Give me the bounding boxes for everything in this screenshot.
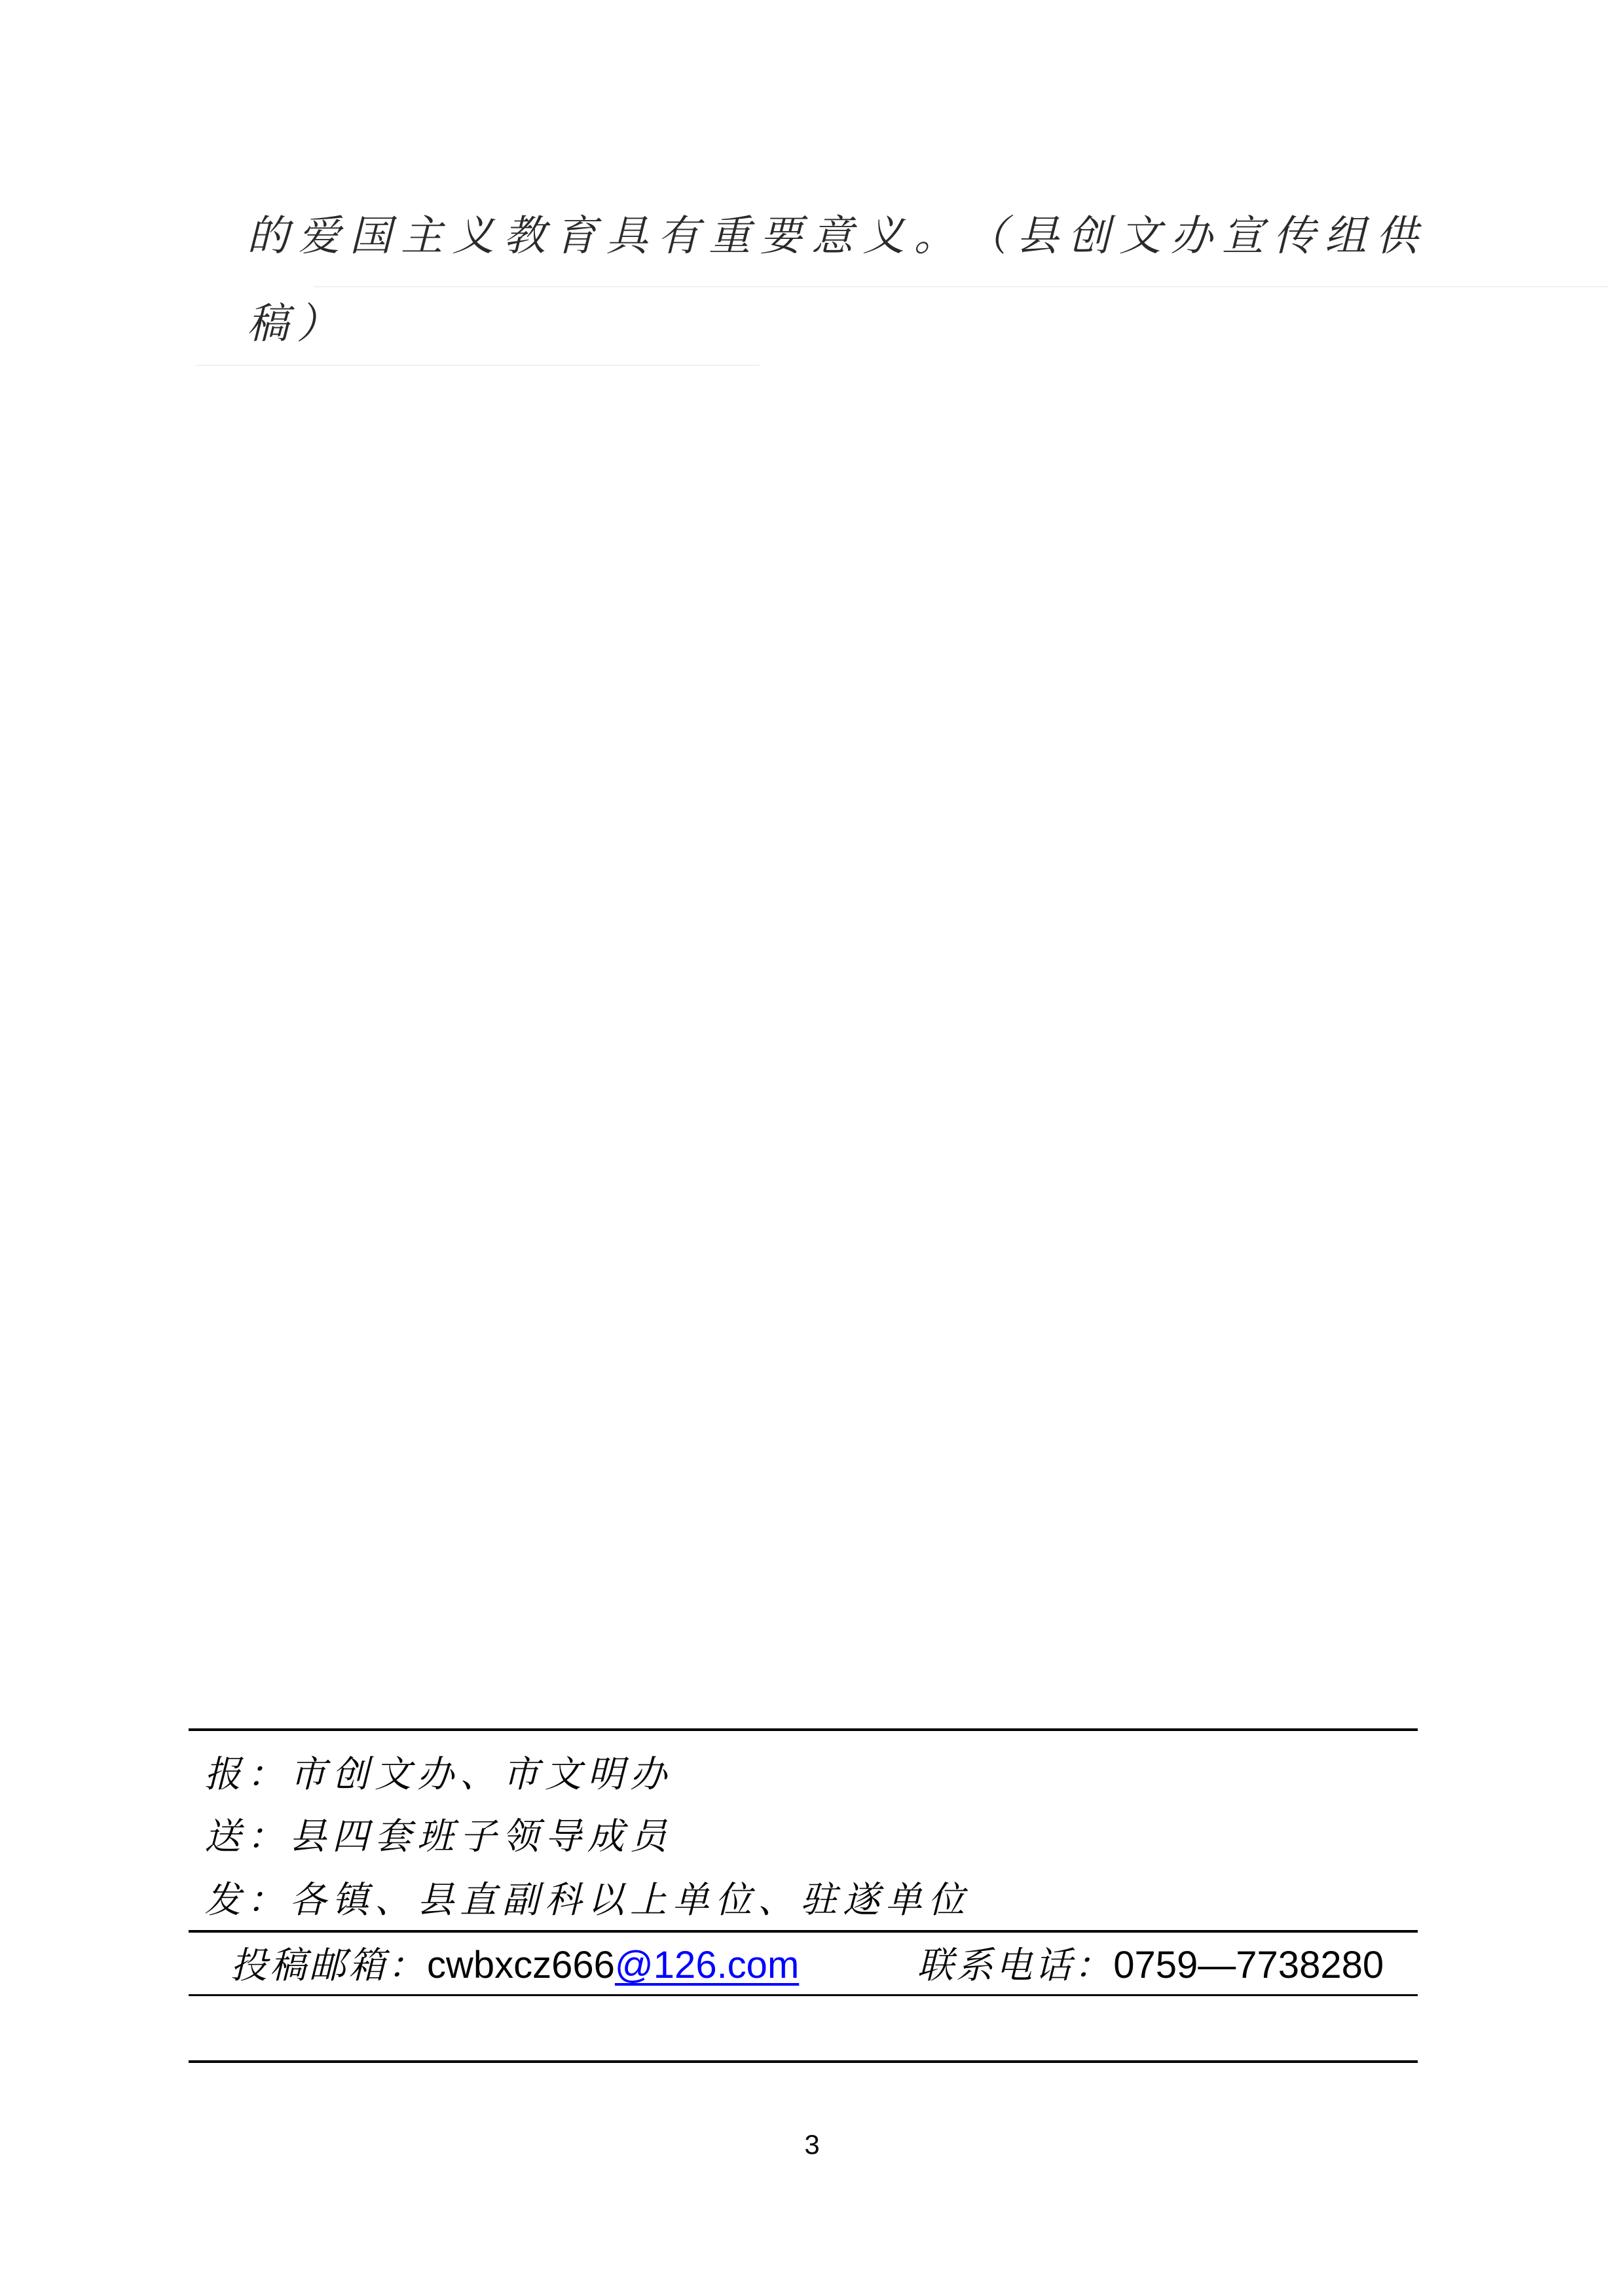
body-char: 的 xyxy=(247,215,289,258)
body-char: 宣 xyxy=(1222,215,1264,258)
body-char: 主 xyxy=(401,215,443,258)
body-char: （ xyxy=(965,215,1007,258)
footer-contact-row: 投稿邮箱： cwbxcz666 @126.com 联系电话： 0759—7738… xyxy=(231,1944,1384,1987)
footer-rule-top xyxy=(189,1728,1418,1731)
scan-artifact-line xyxy=(196,365,760,366)
body-char: 有 xyxy=(657,215,699,258)
submission-email-user: cwbxcz666 xyxy=(427,1944,615,1986)
body-char: 意 xyxy=(811,215,853,258)
footer-report-line: 报：市创文办、市文明办 xyxy=(204,1755,673,1795)
contact-phone-label: 联系电话： xyxy=(917,1945,1113,1987)
footer-issue-line: 发：各镇、县直副科以上单位、驻遂单位 xyxy=(204,1880,970,1921)
body-char: 创 xyxy=(1068,215,1110,258)
body-char: 教 xyxy=(504,215,545,258)
scan-artifact-line xyxy=(314,286,1608,287)
footer-rule-contact-bottom xyxy=(189,1994,1418,1996)
body-char: 办 xyxy=(1170,215,1212,258)
body-char: 。 xyxy=(914,215,956,258)
document-page: 的爱国主义教育具有重要意义。（县创文办宣传组供 稿） 报：市创文办、市文明办 送… xyxy=(0,0,1624,2296)
body-paragraph-line-1: 的爱国主义教育具有重要意义。（县创文办宣传组供 xyxy=(247,215,1418,261)
body-char: 供 xyxy=(1376,215,1418,258)
body-char: 爱 xyxy=(298,215,340,258)
body-char: 传 xyxy=(1273,215,1315,258)
footer-send-line: 送：县四套班子领导成员 xyxy=(204,1817,673,1857)
contact-phone-number: 0759—7738280 xyxy=(1113,1944,1384,1986)
body-char: 县 xyxy=(1016,215,1058,258)
body-char: 组 xyxy=(1325,215,1367,258)
body-char: 国 xyxy=(350,215,392,258)
body-char: 具 xyxy=(606,215,648,258)
body-char: 重 xyxy=(709,215,750,258)
submission-email-label: 投稿邮箱： xyxy=(231,1945,427,1987)
body-char: 要 xyxy=(760,215,802,258)
footer-rule-middle xyxy=(189,1930,1418,1933)
page-number: 3 xyxy=(0,2129,1624,2160)
footer-rule-bottom xyxy=(189,2060,1418,2063)
body-char: 义 xyxy=(452,215,494,258)
body-char: 育 xyxy=(555,215,597,258)
body-char: 文 xyxy=(1119,215,1161,258)
body-char: 义 xyxy=(862,215,904,258)
body-paragraph-line-2: 稿） xyxy=(247,302,346,346)
submission-email-link[interactable]: @126.com xyxy=(615,1944,799,1986)
